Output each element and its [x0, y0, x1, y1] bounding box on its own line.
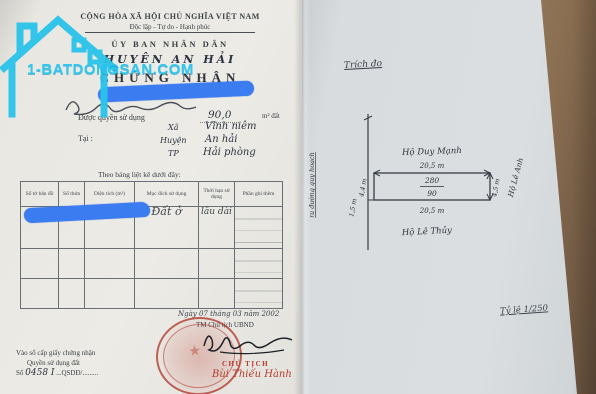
location-label: Tại :: [78, 134, 93, 143]
location-level-city: TP: [168, 149, 179, 158]
registry-number-suffix: ...QSDĐ/.........: [56, 369, 98, 377]
table-intro: Theo bảng liệt kê dưới đây:: [98, 170, 181, 179]
registry-number: 0458 I: [25, 368, 54, 378]
location-level-commune: Xã: [168, 123, 178, 132]
parcel-area-label: 90: [427, 189, 437, 198]
table-row: [21, 279, 283, 309]
location-value-commune: Vĩnh niêm: [205, 121, 257, 132]
page-fold: [294, 0, 310, 394]
col-notes: Phần ghi thêm: [235, 182, 283, 207]
neighbor-right-label: Hộ Lê Anh: [506, 157, 525, 199]
chairman-signature: [190, 326, 298, 356]
col-duration: Thời hạn sử dụng: [199, 182, 235, 207]
scale-label: Tỷ lệ 1/250: [500, 303, 549, 316]
land-parcel-table: Số tờ bản đồ Số thửa Diện tích (m²) Mục …: [20, 181, 283, 309]
chairman-label: CHỦ TỊCH: [222, 360, 269, 368]
table-row: [21, 249, 283, 279]
table-header-row: Số tờ bản đồ Số thửa Diện tích (m²) Mục …: [21, 182, 283, 207]
sketch-title: Trích đo: [344, 59, 383, 71]
registry-line-3: Số 0458 I ...QSDĐ/.........: [16, 368, 98, 378]
photo-of-land-certificate: CỘNG HÒA XÃ HỘI CHỦ NGHĨA VIỆT NAM Độc l…: [0, 0, 596, 394]
neighbor-bottom-label: Hộ Lê Thủy: [401, 225, 453, 239]
watermark-text: 1-BATDONGSAN.COM: [27, 61, 194, 78]
registry-number-prefix: Số: [16, 369, 23, 377]
depth-left-label: 4,4 m: [357, 178, 368, 199]
location-value-city: Hải phòng: [203, 147, 256, 158]
sketch-right-page: Trích đo Hộ Duy Mạnh 20,5 m 280 90 20,5 …: [302, 0, 580, 394]
chairman-name: Bùi Thiếu Hành: [212, 369, 292, 380]
duration-value: lâu dài: [199, 207, 235, 249]
setback-label: 1,5 m: [347, 198, 358, 218]
registry-line-2: Quyền sử dụng đất: [27, 359, 80, 367]
photo-edge-shadow: [572, 0, 596, 394]
depth-right-label: 4,5 m: [490, 178, 501, 199]
location-level-district: Huyện: [160, 136, 187, 145]
registry-line-1: Vào sổ cấp giấy chứng nhận: [16, 349, 95, 357]
area-unit: m² đất: [262, 112, 280, 120]
neighbor-top-label: Hộ Duy Mạnh: [401, 145, 462, 158]
col-parcel-no: Số thửa: [59, 182, 85, 207]
location-value-district: An hải: [205, 134, 237, 145]
col-map-sheet: Số tờ bản đồ: [21, 182, 59, 207]
width-top-label: 20,5 m: [419, 162, 445, 170]
width-bottom-label: 20,5 m: [419, 207, 445, 215]
parcel-diagram: Hộ Duy Mạnh 20,5 m 280 90 20,5 m 4,4 m 1…: [302, 100, 580, 276]
parcel-number-label: 280: [424, 176, 440, 185]
